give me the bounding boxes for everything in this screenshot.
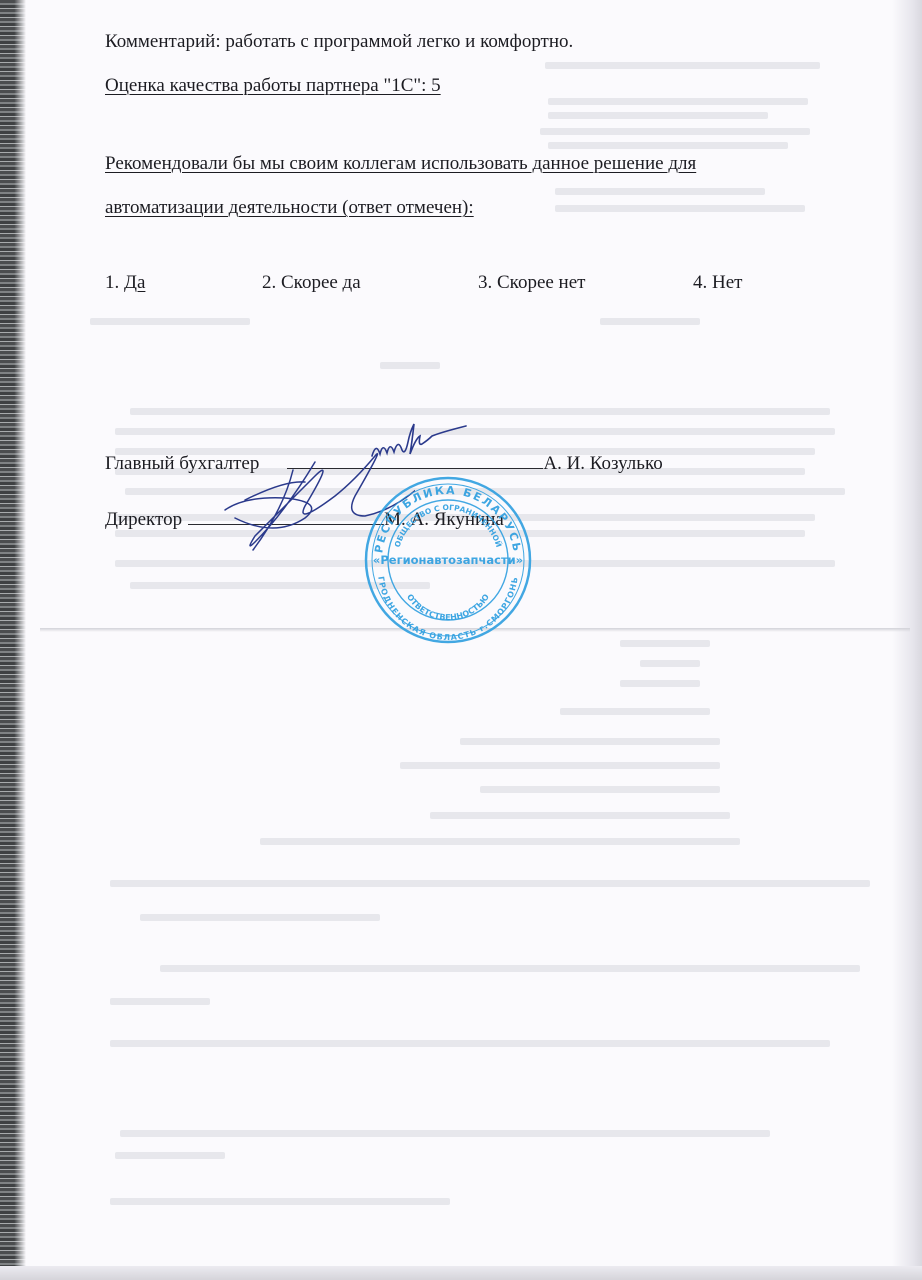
rating-text: Оценка качества работы партнера "1С": 5 [105,74,441,98]
company-stamp: РЕСПУБЛИКА БЕЛАРУСЬ ОБЩЕСТВО С ОГРАНИЧЕН… [362,474,534,646]
bleed-through-line [110,880,870,887]
bleed-through-line [600,318,700,325]
bleed-through-line [540,128,810,135]
bleed-through-line [110,998,210,1005]
bleed-through-line [130,408,830,415]
bleed-through-line [548,112,768,119]
comment-text: Комментарий: работать с программой легко… [105,30,573,54]
option-2: 2. Скорее да [262,272,361,294]
signer-name: А. И. Козулько [543,453,662,474]
bleed-through-line [160,965,860,972]
bleed-through-line [548,98,808,105]
bleed-through-line [640,660,700,667]
bleed-through-line [555,188,765,195]
bleed-through-line [560,708,710,715]
bleed-through-line [140,914,380,921]
question-line-1: Рекомендовали бы мы своим коллегам испол… [105,152,696,176]
bleed-through-line [620,640,710,647]
bleed-through-line [400,762,720,769]
bleed-through-line [620,680,700,687]
option-4: 4. Нет [693,272,742,294]
svg-text:«Регионавтозапчасти»: «Регионавтозапчасти» [373,553,523,567]
svg-text:ОТВЕТСТВЕННОСТЬЮ: ОТВЕТСТВЕННОСТЬЮ [405,592,491,622]
scan-bottom-edge [0,1266,922,1280]
bleed-through-line [90,318,250,325]
bleed-through-line [555,205,805,212]
option-label-selected: Да [124,272,145,293]
bleed-through-line [260,838,740,845]
bleed-through-line [380,362,440,369]
role-label: Директор [105,509,182,530]
bleed-through-line [110,1040,830,1047]
scan-shadow [892,0,922,1280]
svg-text:ГРОДНЕНСКАЯ ОБЛАСТЬ г.СМОРГОН: ГРОДНЕНСКАЯ ОБЛАСТЬ г.СМОРГОНЬ [376,576,519,642]
question-line-2: автоматизации деятельности (ответ отмече… [105,196,474,220]
bleed-through-line [480,786,720,793]
bleed-through-line [430,812,730,819]
bleed-through-line [460,738,720,745]
bleed-through-line [545,62,820,69]
scan-binding-edge [0,0,26,1280]
bleed-through-line [115,1152,225,1159]
bleed-through-line [120,1130,770,1137]
option-1: 1. Да [105,272,145,294]
bleed-through-line [548,142,788,149]
bleed-through-line [110,1198,450,1205]
option-3: 3. Скорее нет [478,272,585,294]
